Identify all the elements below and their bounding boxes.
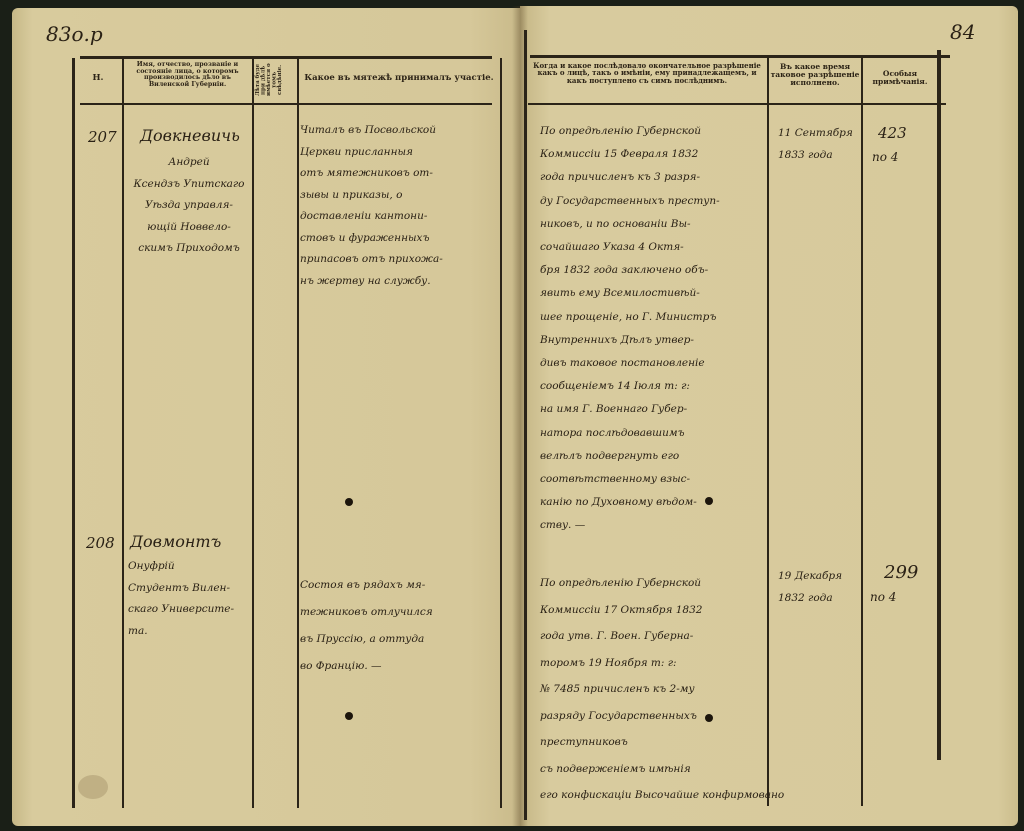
text-line: бря 1832 года заключено объ- <box>540 259 768 282</box>
header-resolution: Когда и какое послѣдовало окончательное … <box>528 62 766 84</box>
text-line: По опредѣленію Губернской <box>540 120 768 143</box>
text-line: 19 Декабря <box>778 565 862 587</box>
binding-hole <box>345 712 353 720</box>
entry-note-number: 299 <box>884 562 918 583</box>
text-line: торомъ 19 Ноября т: г: <box>540 650 980 677</box>
text-line: тежниковъ отлучился <box>300 599 500 626</box>
entry-note-detail: по 4 <box>872 150 898 164</box>
header-name: Имя, отчество, прозваніе и состояніе лиц… <box>125 62 250 88</box>
entry-resolution: По опредѣленію Губернской Коммиссіи 17 О… <box>540 570 980 809</box>
text-line: отъ мятежниковъ от- <box>300 163 500 185</box>
text-line: припасовъ отъ прихожа- <box>300 249 500 271</box>
entry-name-details: Онуфрій Студентъ Вилен- скаго Университе… <box>128 556 250 642</box>
entry-participation: Состоя въ рядахъ мя- тежниковъ отлучился… <box>300 572 500 680</box>
entry-note-number: 423 <box>878 124 907 142</box>
entry-number: 208 <box>86 534 115 552</box>
entry-surname: Довкневичь <box>140 126 240 145</box>
text-line: № 7485 причисленъ къ 2-му <box>540 676 980 703</box>
name-line: скаго Университе- <box>128 599 250 621</box>
entry-resolution: По опредѣленію Губернской Коммиссіи 15 Ф… <box>540 120 768 538</box>
entry-note-detail: по 4 <box>870 590 896 604</box>
text-line: шее прощеніе, но Г. Министръ <box>540 306 768 329</box>
text-line: Читалъ въ Посвольской <box>300 120 500 142</box>
entry-executed: 19 Декабря 1832 года <box>778 565 862 609</box>
binding-hole <box>705 714 713 722</box>
folio-note: 83о.р <box>46 22 103 46</box>
header-notes: Особыя примѣчанія. <box>864 70 936 86</box>
entry-executed: 11 Сентября 1833 года <box>778 122 862 166</box>
text-line: стовъ и фураженныхъ <box>300 228 500 250</box>
rule <box>72 58 75 808</box>
header-participation: Какое въ мятежѣ принималъ участіе. <box>300 74 498 83</box>
rule <box>80 56 492 59</box>
text-line: въ Пруссію, а оттуда <box>300 626 500 653</box>
text-line: его конфискаціи Высочайше конфирмовано <box>540 782 980 809</box>
entry-surname: Довмонтъ <box>130 532 221 551</box>
text-line: Церкви присланныя <box>300 142 500 164</box>
text-line: соотвѣтственному взыс- <box>540 468 768 491</box>
text-line: Коммиссіи 17 Октября 1832 <box>540 597 980 624</box>
entry-participation: Читалъ въ Посвольской Церкви присланныя … <box>300 120 500 292</box>
text-line: Внутреннихъ Дѣлъ утвер- <box>540 329 768 352</box>
entry-number: 207 <box>88 128 117 146</box>
text-line: зывы и приказы, о <box>300 185 500 207</box>
paper-stain <box>78 775 108 799</box>
text-line: нъ жертву на службу. <box>300 271 500 293</box>
rule <box>500 58 502 808</box>
name-line: Ксендзъ Упитскаго <box>128 174 250 196</box>
text-line: ству. — <box>540 514 768 537</box>
name-line: та. <box>128 621 250 643</box>
text-line: велѣлъ подвергнуть его <box>540 445 768 468</box>
rule <box>528 103 946 105</box>
header-executed: Въ какое время таковое разрѣшеніе исполн… <box>770 63 860 87</box>
text-line: доставленіи кантони- <box>300 206 500 228</box>
rule <box>524 30 527 820</box>
text-line: во Францію. — <box>300 653 500 680</box>
page-number: 84 <box>950 20 975 44</box>
binding-hole <box>345 498 353 506</box>
text-line: 1832 года <box>778 587 862 609</box>
text-line: канію по Духовному вѣдом- <box>540 491 768 514</box>
binding-hole <box>705 497 713 505</box>
name-line: Уѣзда управля- <box>128 195 250 217</box>
entry-name-details: Андрей Ксендзъ Упитскаго Уѣзда управля- … <box>128 152 250 260</box>
rule <box>80 103 492 105</box>
text-line: Коммиссіи 15 Февраля 1832 <box>540 143 768 166</box>
text-line: разряду Государственныхъ <box>540 703 980 730</box>
text-line: Состоя въ рядахъ мя- <box>300 572 500 599</box>
rule <box>252 58 254 808</box>
text-line: никовъ, и по основаніи Вы- <box>540 213 768 236</box>
text-line: натора послѣдовавшимъ <box>540 422 768 445</box>
rule <box>297 58 299 808</box>
text-line: на имя Г. Военнаго Губер- <box>540 398 768 421</box>
name-line: Андрей <box>128 152 250 174</box>
text-line: года причисленъ къ 3 разря- <box>540 166 768 189</box>
name-line: Онуфрій <box>128 556 250 578</box>
header-years: Лѣта буде при дѣлѣ имѣется о томъ свѣдѣн… <box>256 60 294 100</box>
text-line: 1833 года <box>778 144 862 166</box>
text-line: сочайшаго Указа 4 Октя- <box>540 236 768 259</box>
name-line: скимъ Приходомъ <box>128 238 250 260</box>
text-line: дивъ таковое постановленіе <box>540 352 768 375</box>
rule <box>530 55 950 58</box>
text-line: ду Государственныхъ преступ- <box>540 190 768 213</box>
text-line: 11 Сентября <box>778 122 862 144</box>
name-line: ющій Новвело- <box>128 217 250 239</box>
rule <box>122 58 124 808</box>
header-number: Н. <box>75 74 121 83</box>
text-line: явить ему Всемилостивѣй- <box>540 282 768 305</box>
text-line: года утв. Г. Воен. Губерна- <box>540 623 980 650</box>
text-line: сообщеніемъ 14 Іюля т: г: <box>540 375 768 398</box>
text-line: преступниковъ <box>540 729 980 756</box>
name-line: Студентъ Вилен- <box>128 578 250 600</box>
text-line: съ подверженіемъ имѣнія <box>540 756 980 783</box>
